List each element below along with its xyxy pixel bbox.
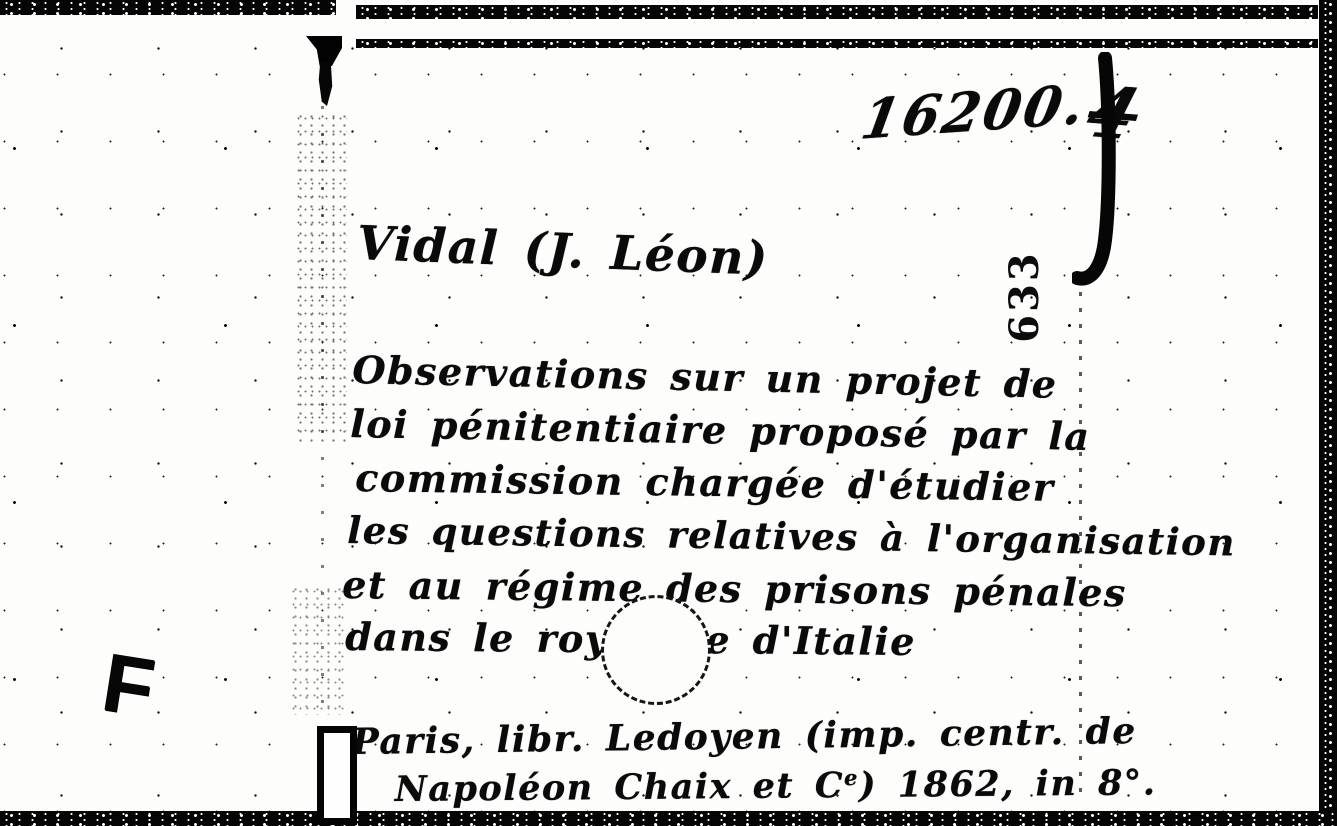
scan-smudge <box>290 585 348 715</box>
title-line-1: Observations sur un projet de <box>352 347 1058 407</box>
imprint-line-2-post: ) 1862, in 8°. <box>859 762 1157 806</box>
collection-letter-stamp: F <box>97 642 159 731</box>
call-number-main: 16200. <box>857 71 1093 152</box>
punch-mark-rectangle <box>317 726 357 825</box>
imprint-line-2-superscript: e <box>844 765 859 790</box>
right-edge-band <box>1319 0 1337 826</box>
top-edge-band-left <box>0 0 336 15</box>
imprint-line-2-pre: Napoléon Chaix et C <box>395 765 845 810</box>
imprint-line-2: Napoléon Chaix et Ce) 1862, in 8°. <box>395 762 1157 810</box>
accession-stamp-number: 633 <box>1001 250 1048 343</box>
bottom-edge-band <box>0 811 1337 826</box>
imprint-line-1: Paris, libr. Ledoyen (imp. centr. de <box>351 710 1137 763</box>
top-rule-right <box>356 39 1318 48</box>
edge-junction-mark <box>306 36 342 66</box>
author-heading: Vidal (J. Léon) <box>356 216 770 287</box>
title-line-5: et au régime des prisons pénales <box>342 562 1127 615</box>
accession-stamp: 633 <box>993 250 1055 342</box>
top-edge-band-right <box>356 5 1318 19</box>
scan-smudge <box>295 112 347 442</box>
title-line-4: les questions relatives à l'organisation <box>347 508 1236 564</box>
ink-streak-mark <box>1072 52 1128 296</box>
title-line-3: commission chargée d'étudier <box>355 455 1055 510</box>
scanned-catalog-card: 16200.4 633 Vidal (J. Léon) Observations… <box>0 0 1337 826</box>
title-line-2: loi pénitentiaire proposé par la <box>350 401 1091 459</box>
